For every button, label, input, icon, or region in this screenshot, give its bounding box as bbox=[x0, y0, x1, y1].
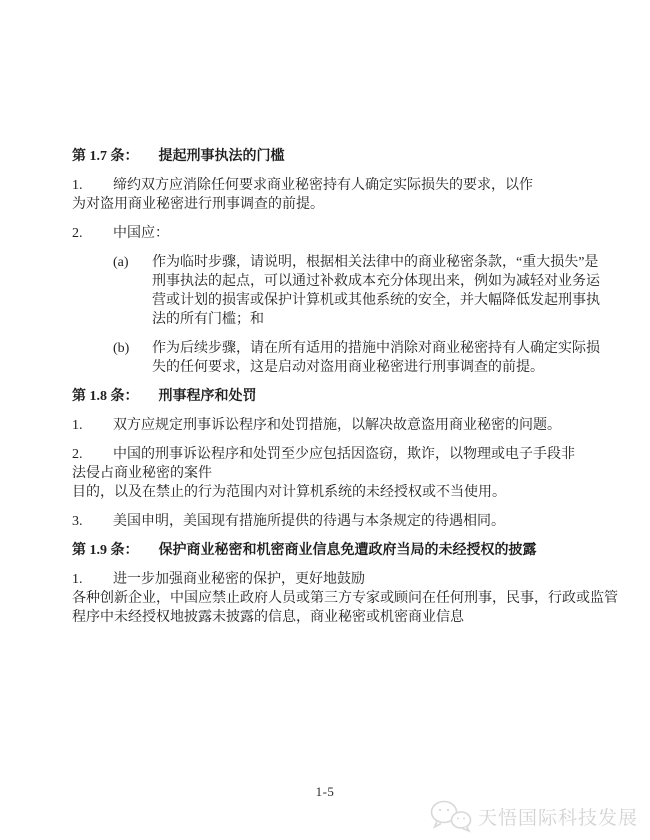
article-number-label: 第 1.9 条： bbox=[72, 541, 139, 560]
paragraph: 1.缔约双方应消除任何要求商业秘密持有人确定实际损失的要求，以作 为对盗用商业秘… bbox=[72, 176, 617, 214]
paragraph-number: 3. bbox=[72, 512, 113, 531]
watermark-brand-text: 天悟国际科技发展 bbox=[478, 803, 638, 830]
paragraph-text: 缔约双方应消除任何要求商业秘密持有人确定实际损失的要求，以作 为对盗用商业秘密进… bbox=[72, 178, 533, 212]
paragraph-number: 1. bbox=[72, 570, 113, 589]
subparagraph-text: 作为后续步骤，请在所有适用的措施中消除对商业秘密持有人确定实际损 失的任何要求，… bbox=[152, 339, 617, 377]
paragraph-number: 1. bbox=[72, 176, 113, 195]
paragraph-text: 美国申明，美国现有措施所提供的待遇与本条规定的待遇相同。 bbox=[113, 514, 505, 529]
wechat-icon bbox=[429, 799, 473, 833]
page-number: 1-5 bbox=[0, 784, 650, 800]
subparagraph-text: 作为临时步骤，请说明，根据相关法律中的商业秘密条款，“重大损失”是 刑事执法的起… bbox=[152, 253, 617, 329]
paragraph-text: 进一步加强商业秘密的保护，更好地鼓励 各种创新企业，中国应禁止政府人员或第三方专… bbox=[72, 572, 618, 625]
paragraph: 2.中国的刑事诉讼程序和处罚至少应包括因盗窃，欺诈，以物理或电子手段非 法侵占商… bbox=[72, 445, 617, 502]
subparagraph: (b) 作为后续步骤，请在所有适用的措施中消除对商业秘密持有人确定实际损 失的任… bbox=[113, 339, 617, 377]
paragraph-number: 2. bbox=[72, 445, 113, 464]
paragraph: 3.美国申明，美国现有措施所提供的待遇与本条规定的待遇相同。 bbox=[72, 512, 617, 531]
paragraph-text: 中国的刑事诉讼程序和处罚至少应包括因盗窃，欺诈，以物理或电子手段非 法侵占商业秘… bbox=[72, 447, 575, 500]
watermark: 天悟国际科技发展 bbox=[429, 799, 638, 833]
subparagraph-marker: (b) bbox=[113, 339, 152, 377]
subparagraph-marker: (a) bbox=[113, 253, 152, 329]
paragraph-text: 中国应： bbox=[113, 226, 169, 241]
paragraph-number: 1. bbox=[72, 416, 113, 435]
document-body: 第 1.7 条： 提起刑事执法的门槛 1.缔约双方应消除任何要求商业秘密持有人确… bbox=[72, 147, 617, 637]
paragraph-number: 2. bbox=[72, 224, 113, 243]
paragraph: 2.中国应： bbox=[72, 224, 617, 243]
article-title: 保护商业秘密和机密商业信息免遭政府当局的未经授权的披露 bbox=[159, 541, 537, 560]
paragraph: 1.进一步加强商业秘密的保护，更好地鼓励 各种创新企业，中国应禁止政府人员或第三… bbox=[72, 570, 617, 627]
article-title: 提起刑事执法的门槛 bbox=[159, 147, 285, 166]
subparagraph: (a) 作为临时步骤，请说明，根据相关法律中的商业秘密条款，“重大损失”是 刑事… bbox=[113, 253, 617, 329]
article-title: 刑事程序和处罚 bbox=[159, 387, 257, 406]
article-heading: 第 1.8 条： 刑事程序和处罚 bbox=[72, 387, 617, 406]
article-heading: 第 1.9 条： 保护商业秘密和机密商业信息免遭政府当局的未经授权的披露 bbox=[72, 541, 617, 560]
paragraph-text: 双方应规定刑事诉讼程序和处罚措施，以解决故意盗用商业秘密的问题。 bbox=[113, 418, 561, 433]
paragraph: 1.双方应规定刑事诉讼程序和处罚措施，以解决故意盗用商业秘密的问题。 bbox=[72, 416, 617, 435]
article-number-label: 第 1.7 条： bbox=[72, 147, 139, 166]
article-heading: 第 1.7 条： 提起刑事执法的门槛 bbox=[72, 147, 617, 166]
document-page: 第 1.7 条： 提起刑事执法的门槛 1.缔约双方应消除任何要求商业秘密持有人确… bbox=[0, 0, 650, 840]
article-number-label: 第 1.8 条： bbox=[72, 387, 139, 406]
